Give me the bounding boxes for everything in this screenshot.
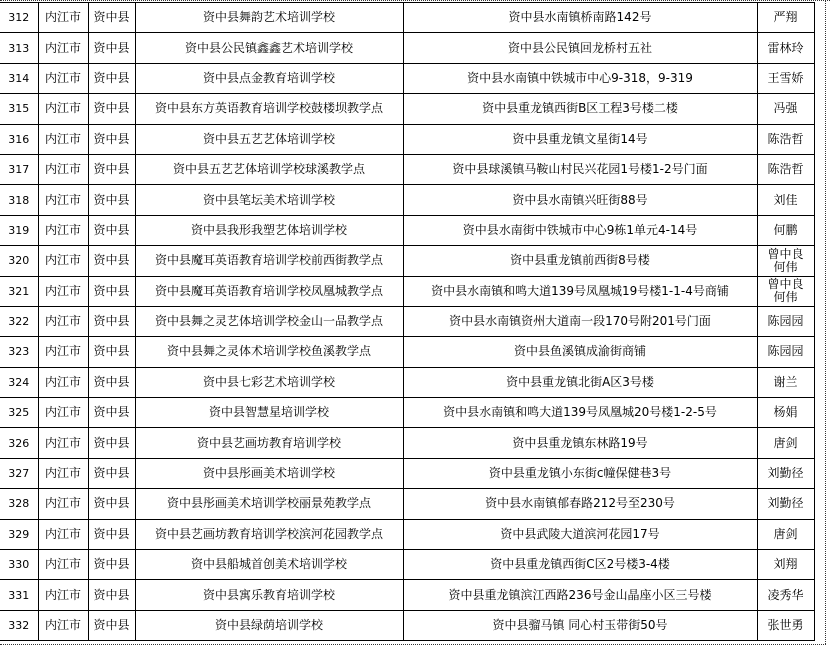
school-name-cell[interactable]: 资中县艺画坊教育培训学校 <box>135 428 403 458</box>
address-cell[interactable]: 资中县水南镇桥南路142号 <box>403 3 757 33</box>
city-cell[interactable]: 内江市 <box>38 337 88 367</box>
table-row: 322 内江市 资中县 资中县舞之灵艺体培训学校金山一品教学点 资中县水南镇资州… <box>0 306 814 336</box>
city-cell[interactable]: 内江市 <box>38 398 88 428</box>
county-cell[interactable]: 资中县 <box>88 519 135 549</box>
school-name-cell[interactable]: 资中县彤画美术培训学校 <box>135 458 403 488</box>
address-cell[interactable]: 资中县水南镇中铁城市中心9-318，9-319 <box>403 63 757 93</box>
city-cell[interactable]: 内江市 <box>38 550 88 580</box>
row-number-cell[interactable]: 329 <box>0 519 38 549</box>
city-cell[interactable]: 内江市 <box>38 94 88 124</box>
city-cell[interactable]: 内江市 <box>38 610 88 640</box>
row-number-cell[interactable]: 319 <box>0 215 38 245</box>
county-cell[interactable]: 资中县 <box>88 63 135 93</box>
school-name-cell[interactable]: 资中县艺画坊教育培训学校滨河花园教学点 <box>135 519 403 549</box>
school-name-cell[interactable]: 资中县七彩艺术培训学校 <box>135 367 403 397</box>
contact-person-cell[interactable]: 冯强 <box>757 94 814 124</box>
address-cell[interactable]: 资中县水南街中铁城市中心9栋1单元4-14号 <box>403 215 757 245</box>
row-number-cell[interactable]: 315 <box>0 94 38 124</box>
city-cell[interactable]: 内江市 <box>38 124 88 154</box>
row-number-cell[interactable]: 327 <box>0 458 38 488</box>
table-row: 330 内江市 资中县 资中县船城首创美术培训学校 资中县重龙镇西街C区2号楼3… <box>0 550 814 580</box>
page-break-right <box>825 0 826 644</box>
address-cell[interactable]: 资中县重龙镇前西街8号楼 <box>403 246 757 276</box>
address-cell[interactable]: 资中县水南镇兴旺街88号 <box>403 185 757 215</box>
city-cell[interactable]: 内江市 <box>38 3 88 33</box>
city-cell[interactable]: 内江市 <box>38 580 88 610</box>
contact-person-cell[interactable]: 杨娟 <box>757 398 814 428</box>
contact-person-cell[interactable]: 凌秀华 <box>757 580 814 610</box>
contact-person-cell[interactable]: 陈园园 <box>757 337 814 367</box>
contact-person-cell[interactable]: 曾中良何伟 <box>757 246 814 276</box>
row-number-cell[interactable]: 330 <box>0 550 38 580</box>
contact-person-cell[interactable]: 刘勤径 <box>757 489 814 519</box>
row-number-cell[interactable]: 313 <box>0 33 38 63</box>
contact-person-cell[interactable]: 刘勤径 <box>757 458 814 488</box>
school-name-cell[interactable]: 资中县魔耳英语教育培训学校前西街教学点 <box>135 246 403 276</box>
county-cell[interactable]: 资中县 <box>88 306 135 336</box>
address-cell[interactable]: 资中县鱼溪镇成渝街商铺 <box>403 337 757 367</box>
county-cell[interactable]: 资中县 <box>88 610 135 640</box>
school-name-cell[interactable]: 资中县船城首创美术培训学校 <box>135 550 403 580</box>
city-cell[interactable]: 内江市 <box>38 519 88 549</box>
school-name-cell[interactable]: 资中县魔耳英语教育培训学校凤凰城教学点 <box>135 276 403 306</box>
school-name-cell[interactable]: 资中县笔坛美术培训学校 <box>135 185 403 215</box>
table-row: 329 内江市 资中县 资中县艺画坊教育培训学校滨河花园教学点 资中县武陵大道滨… <box>0 519 814 549</box>
contact-person-cell[interactable]: 陈园园 <box>757 306 814 336</box>
address-cell[interactable]: 资中县重龙镇西街B区工程3号楼二楼 <box>403 94 757 124</box>
table-row: 312 内江市 资中县 资中县舞韵艺术培训学校 资中县水南镇桥南路142号 严翔 <box>0 3 814 33</box>
county-cell[interactable]: 资中县 <box>88 124 135 154</box>
school-name-cell[interactable]: 资中县舞之灵体术培训学校鱼溪教学点 <box>135 337 403 367</box>
row-number-cell[interactable]: 318 <box>0 185 38 215</box>
table-row: 331 内江市 资中县 资中县寓乐教育培训学校 资中县重龙镇滨江西路236号金山… <box>0 580 814 610</box>
address-cell[interactable]: 资中县重龙镇滨江西路236号金山晶座小区三号楼 <box>403 580 757 610</box>
city-cell[interactable]: 内江市 <box>38 185 88 215</box>
school-name-cell[interactable]: 资中县我形我塑艺体培训学校 <box>135 215 403 245</box>
row-number-cell[interactable]: 320 <box>0 246 38 276</box>
table-row: 318 内江市 资中县 资中县笔坛美术培训学校 资中县水南镇兴旺街88号 刘佳 <box>0 185 814 215</box>
address-cell[interactable]: 资中县水南镇和鸣大道139号凤凰城20号楼1-2-5号 <box>403 398 757 428</box>
county-cell[interactable]: 资中县 <box>88 337 135 367</box>
contact-person-cell[interactable]: 曾中良何伟 <box>757 276 814 306</box>
address-cell[interactable]: 资中县公民镇回龙桥村五社 <box>403 33 757 63</box>
county-cell[interactable]: 资中县 <box>88 458 135 488</box>
row-number-cell[interactable]: 323 <box>0 337 38 367</box>
table-row: 317 内江市 资中县 资中县五艺艺体培训学校球溪教学点 资中县球溪镇马鞍山村民… <box>0 154 814 184</box>
table-row: 316 内江市 资中县 资中县五艺艺体培训学校 资中县重龙镇文星街14号 陈浩哲 <box>0 124 814 154</box>
row-number-cell[interactable]: 316 <box>0 124 38 154</box>
county-cell[interactable]: 资中县 <box>88 246 135 276</box>
spreadsheet-page: 312 内江市 资中县 资中县舞韵艺术培训学校 资中县水南镇桥南路142号 严翔… <box>0 0 830 646</box>
school-name-cell[interactable]: 资中县五艺艺体培训学校 <box>135 124 403 154</box>
contact-person-cell[interactable]: 何鹏 <box>757 215 814 245</box>
contact-person-cell[interactable]: 陈浩哲 <box>757 124 814 154</box>
contact-person-cell[interactable]: 刘翔 <box>757 550 814 580</box>
table-row: 328 内江市 资中县 资中县彤画美术培训学校丽景苑教学点 资中县水南镇郁春路2… <box>0 489 814 519</box>
table-row: 323 内江市 资中县 资中县舞之灵体术培训学校鱼溪教学点 资中县鱼溪镇成渝街商… <box>0 337 814 367</box>
city-cell[interactable]: 内江市 <box>38 428 88 458</box>
school-name-cell[interactable]: 资中县舞韵艺术培训学校 <box>135 3 403 33</box>
school-name-cell[interactable]: 资中县东方英语教育培训学校鼓楼坝教学点 <box>135 94 403 124</box>
city-cell[interactable]: 内江市 <box>38 63 88 93</box>
city-cell[interactable]: 内江市 <box>38 458 88 488</box>
table-row: 314 内江市 资中县 资中县点金教育培训学校 资中县水南镇中铁城市中心9-31… <box>0 63 814 93</box>
table-row: 332 内江市 资中县 资中县绿荫培训学校 资中县骝马镇 同心村玉带街50号 张… <box>0 610 814 640</box>
row-number-cell[interactable]: 314 <box>0 63 38 93</box>
county-cell[interactable]: 资中县 <box>88 3 135 33</box>
row-number-cell[interactable]: 332 <box>0 610 38 640</box>
contact-person-cell[interactable]: 张世勇 <box>757 610 814 640</box>
county-cell[interactable]: 资中县 <box>88 550 135 580</box>
table-row: 324 内江市 资中县 资中县七彩艺术培训学校 资中县重龙镇北街A区3号楼 谢兰 <box>0 367 814 397</box>
school-name-cell[interactable]: 资中县公民镇鑫鑫艺术培训学校 <box>135 33 403 63</box>
school-name-cell[interactable]: 资中县绿荫培训学校 <box>135 610 403 640</box>
city-cell[interactable]: 内江市 <box>38 367 88 397</box>
county-cell[interactable]: 资中县 <box>88 398 135 428</box>
county-cell[interactable]: 资中县 <box>88 428 135 458</box>
address-cell[interactable]: 资中县球溪镇马鞍山村民兴花园1号楼1-2号门面 <box>403 154 757 184</box>
page-break-top <box>0 0 830 1</box>
address-cell[interactable]: 资中县骝马镇 同心村玉带街50号 <box>403 610 757 640</box>
contact-person-cell[interactable]: 唐剑 <box>757 519 814 549</box>
county-cell[interactable]: 资中县 <box>88 94 135 124</box>
row-number-cell[interactable]: 326 <box>0 428 38 458</box>
table-row: 326 内江市 资中县 资中县艺画坊教育培训学校 资中县重龙镇东林路19号 唐剑 <box>0 428 814 458</box>
contact-person-cell[interactable]: 刘佳 <box>757 185 814 215</box>
page-break-bottom <box>0 644 826 645</box>
city-cell[interactable]: 内江市 <box>38 306 88 336</box>
county-cell[interactable]: 资中县 <box>88 489 135 519</box>
city-cell[interactable]: 内江市 <box>38 33 88 63</box>
contact-person-cell[interactable]: 陈浩哲 <box>757 154 814 184</box>
address-cell[interactable]: 资中县水南镇郁春路212号至230号 <box>403 489 757 519</box>
city-cell[interactable]: 内江市 <box>38 489 88 519</box>
county-cell[interactable]: 资中县 <box>88 276 135 306</box>
table-row: 319 内江市 资中县 资中县我形我塑艺体培训学校 资中县水南街中铁城市中心9栋… <box>0 215 814 245</box>
county-cell[interactable]: 资中县 <box>88 367 135 397</box>
school-name-cell[interactable]: 资中县彤画美术培训学校丽景苑教学点 <box>135 489 403 519</box>
table-row: 327 内江市 资中县 资中县彤画美术培训学校 资中县重龙镇小东街c幢保健巷3号… <box>0 458 814 488</box>
school-name-cell[interactable]: 资中县智慧星培训学校 <box>135 398 403 428</box>
row-number-cell[interactable]: 331 <box>0 580 38 610</box>
address-cell[interactable]: 资中县重龙镇西街C区2号楼3-4楼 <box>403 550 757 580</box>
county-cell[interactable]: 资中县 <box>88 185 135 215</box>
address-cell[interactable]: 资中县水南镇和鸣大道139号凤凰城19号楼1-1-4号商铺 <box>403 276 757 306</box>
address-cell[interactable]: 资中县重龙镇文星街14号 <box>403 124 757 154</box>
row-number-cell[interactable]: 324 <box>0 367 38 397</box>
school-name-cell[interactable]: 资中县舞之灵艺体培训学校金山一品教学点 <box>135 306 403 336</box>
contact-person-cell[interactable]: 王雪娇 <box>757 63 814 93</box>
contact-person-cell[interactable]: 唐剑 <box>757 428 814 458</box>
table-row: 325 内江市 资中县 资中县智慧星培训学校 资中县水南镇和鸣大道139号凤凰城… <box>0 398 814 428</box>
address-cell[interactable]: 资中县重龙镇北街A区3号楼 <box>403 367 757 397</box>
county-cell[interactable]: 资中县 <box>88 580 135 610</box>
address-cell[interactable]: 资中县水南镇资州大道南一段170号附201号门面 <box>403 306 757 336</box>
school-name-cell[interactable]: 资中县寓乐教育培训学校 <box>135 580 403 610</box>
table-body: 312 内江市 资中县 资中县舞韵艺术培训学校 资中县水南镇桥南路142号 严翔… <box>0 3 814 641</box>
school-name-cell[interactable]: 资中县五艺艺体培训学校球溪教学点 <box>135 154 403 184</box>
county-cell[interactable]: 资中县 <box>88 215 135 245</box>
row-number-cell[interactable]: 325 <box>0 398 38 428</box>
contact-person-cell[interactable]: 严翔 <box>757 3 814 33</box>
school-name-cell[interactable]: 资中县点金教育培训学校 <box>135 63 403 93</box>
row-number-cell[interactable]: 321 <box>0 276 38 306</box>
contact-person-cell[interactable]: 谢兰 <box>757 367 814 397</box>
city-cell[interactable]: 内江市 <box>38 215 88 245</box>
row-number-cell[interactable]: 322 <box>0 306 38 336</box>
table-row: 313 内江市 资中县 资中县公民镇鑫鑫艺术培训学校 资中县公民镇回龙桥村五社 … <box>0 33 814 63</box>
county-cell[interactable]: 资中县 <box>88 33 135 63</box>
row-number-cell[interactable]: 312 <box>0 3 38 33</box>
row-number-cell[interactable]: 317 <box>0 154 38 184</box>
table-row: 315 内江市 资中县 资中县东方英语教育培训学校鼓楼坝教学点 资中县重龙镇西街… <box>0 94 814 124</box>
address-cell[interactable]: 资中县重龙镇东林路19号 <box>403 428 757 458</box>
training-school-table: 312 内江市 资中县 资中县舞韵艺术培训学校 资中县水南镇桥南路142号 严翔… <box>0 2 815 641</box>
county-cell[interactable]: 资中县 <box>88 154 135 184</box>
table-row: 321 内江市 资中县 资中县魔耳英语教育培训学校凤凰城教学点 资中县水南镇和鸣… <box>0 276 814 306</box>
address-cell[interactable]: 资中县武陵大道滨河花园17号 <box>403 519 757 549</box>
city-cell[interactable]: 内江市 <box>38 246 88 276</box>
row-number-cell[interactable]: 328 <box>0 489 38 519</box>
city-cell[interactable]: 内江市 <box>38 276 88 306</box>
address-cell[interactable]: 资中县重龙镇小东街c幢保健巷3号 <box>403 458 757 488</box>
city-cell[interactable]: 内江市 <box>38 154 88 184</box>
contact-person-cell[interactable]: 雷林玲 <box>757 33 814 63</box>
table-row: 320 内江市 资中县 资中县魔耳英语教育培训学校前西街教学点 资中县重龙镇前西… <box>0 246 814 276</box>
